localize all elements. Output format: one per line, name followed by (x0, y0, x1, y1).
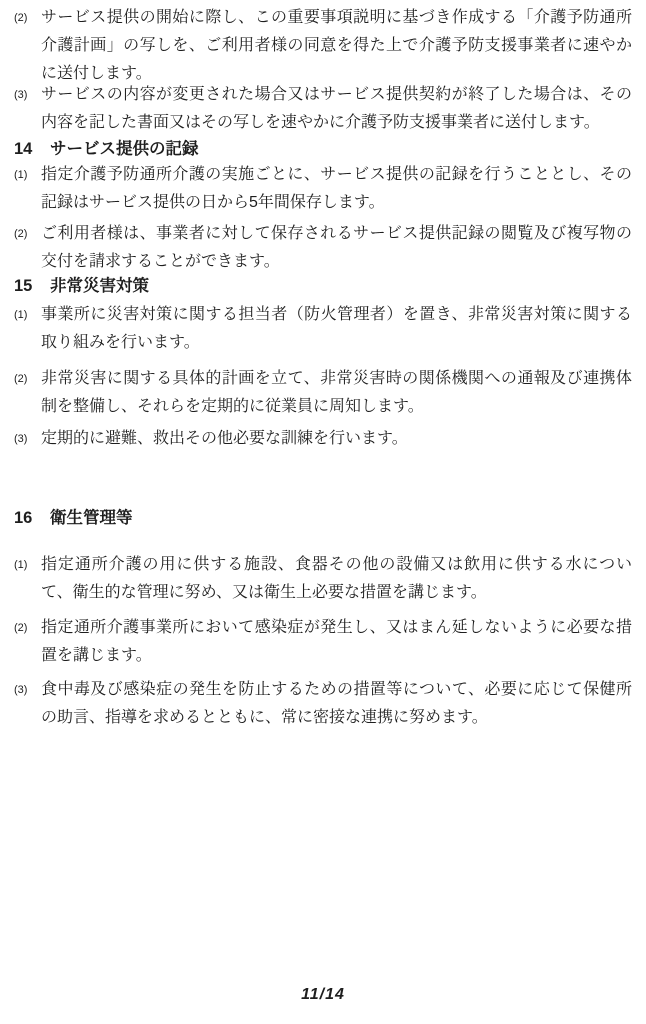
section-heading-16: 16 衛生管理等 (14, 506, 632, 530)
document-page: (2) サービス提供の開始に際し、この重要事項説明に基づき作成する「介護予防通所… (0, 0, 646, 1024)
section-number: 15 (14, 274, 50, 298)
section-title: サービス提供の記録 (50, 137, 199, 161)
list-item: (2) サービス提供の開始に際し、この重要事項説明に基づき作成する「介護予防通所… (14, 4, 632, 88)
section-number: 14 (14, 137, 50, 161)
item-marker: (3) (14, 425, 41, 452)
item-marker: (2) (14, 614, 41, 641)
list-item: (1) 指定通所介護の用に供する施設、食器その他の設備又は飲用に供する水について… (14, 551, 632, 607)
item-text: サービス提供の開始に際し、この重要事項説明に基づき作成する「介護予防通所介護計画… (41, 4, 632, 88)
item-marker: (2) (14, 4, 41, 31)
section-title: 非常災害対策 (50, 274, 149, 298)
page-number: 11/14 (0, 986, 646, 1004)
list-item: (1) 事業所に災害対策に関する担当者（防火管理者）を置き、非常災害対策に関する… (14, 301, 632, 357)
item-text: ご利用者様は、事業者に対して保存されるサービス提供記録の閲覧及び複写物の交付を請… (41, 220, 632, 276)
item-text: 定期的に避難、救出その他必要な訓練を行います。 (41, 425, 632, 453)
list-item: (2) 指定通所介護事業所において感染症が発生し、又はまん延しないように必要な措… (14, 614, 632, 670)
section-heading-15: 15 非常災害対策 (14, 274, 632, 298)
item-text: サービスの内容が変更された場合又はサービス提供契約が終了した場合は、その内容を記… (41, 81, 632, 137)
section-number: 16 (14, 506, 50, 530)
item-text: 非常災害に関する具体的計画を立て、非常災害時の関係機関への通報及び連携体制を整備… (41, 365, 632, 421)
item-marker: (1) (14, 161, 41, 188)
list-item: (1) 指定介護予防通所介護の実施ごとに、サービス提供の記録を行うこととし、その… (14, 161, 632, 217)
list-item: (2) 非常災害に関する具体的計画を立て、非常災害時の関係機関への通報及び連携体… (14, 365, 632, 421)
item-marker: (3) (14, 676, 41, 703)
item-marker: (2) (14, 365, 41, 392)
item-marker: (3) (14, 81, 41, 108)
list-item: (2) ご利用者様は、事業者に対して保存されるサービス提供記録の閲覧及び複写物の… (14, 220, 632, 276)
item-text: 指定通所介護事業所において感染症が発生し、又はまん延しないように必要な措置を講じ… (41, 614, 632, 670)
item-text: 指定介護予防通所介護の実施ごとに、サービス提供の記録を行うこととし、その記録はサ… (41, 161, 632, 217)
list-item: (3) 食中毒及び感染症の発生を防止するための措置等について、必要に応じて保健所… (14, 676, 632, 732)
list-item: (3) 定期的に避難、救出その他必要な訓練を行います。 (14, 425, 632, 453)
section-title: 衛生管理等 (50, 506, 133, 530)
item-marker: (2) (14, 220, 41, 247)
section-heading-14: 14 サービス提供の記録 (14, 137, 632, 161)
list-item: (3) サービスの内容が変更された場合又はサービス提供契約が終了した場合は、その… (14, 81, 632, 137)
item-text: 事業所に災害対策に関する担当者（防火管理者）を置き、非常災害対策に関する取り組み… (41, 301, 632, 357)
item-text: 指定通所介護の用に供する施設、食器その他の設備又は飲用に供する水について、衛生的… (41, 551, 632, 607)
item-marker: (1) (14, 301, 41, 328)
item-text: 食中毒及び感染症の発生を防止するための措置等について、必要に応じて保健所の助言、… (41, 676, 632, 732)
item-marker: (1) (14, 551, 41, 578)
